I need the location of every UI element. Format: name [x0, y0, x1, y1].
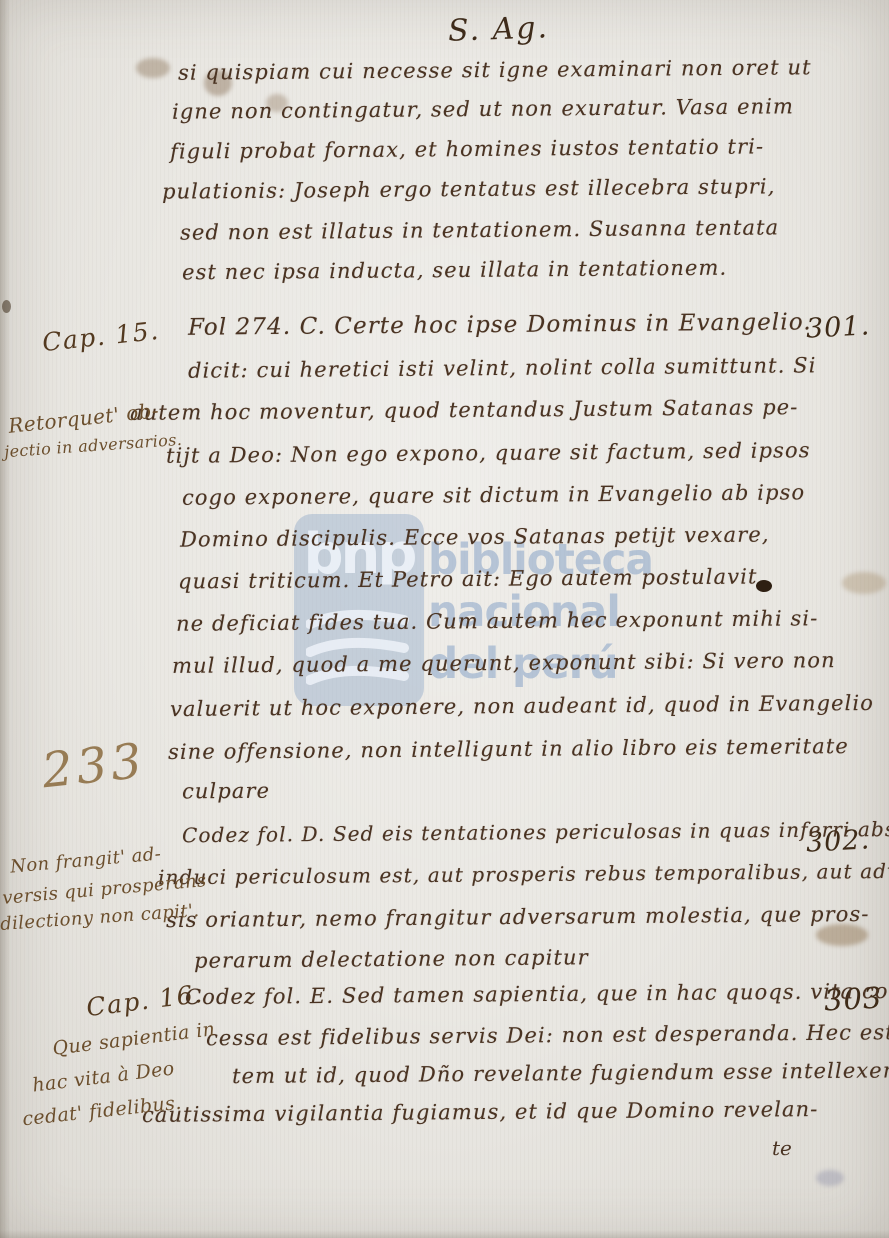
body-line: Codez fol. D. Sed eis tentationes pericu… [182, 817, 889, 847]
folio-number-233: 233 [39, 733, 148, 800]
ink-blot [2, 300, 11, 313]
body-line: Codez fol. E. Sed tamen sapientia, que i… [185, 979, 889, 1009]
catchword: te [772, 1136, 792, 1160]
body-line: si quispiam cui necesse sit igne examina… [178, 55, 812, 85]
margin-note-cap15: Cap. 15. [41, 316, 161, 357]
ink-blot [756, 580, 772, 592]
body-line: mul illud, quod a me querunt, exponunt s… [172, 648, 836, 678]
body-line: cogo exponere, quare sit dictum in Evang… [182, 480, 805, 509]
body-line: igne non contingatur, sed ut non exuratu… [172, 94, 794, 123]
body-line: Domino discipulis. Ecce vos Satanas peti… [180, 522, 770, 551]
body-line: ne deficiat fides tua. Cum autem hec exp… [176, 606, 819, 636]
ink-smudge [136, 58, 170, 78]
body-line: pulationis: Joseph ergo tentatus est ill… [162, 174, 776, 203]
body-line: induci periculosum est, aut prosperis re… [158, 859, 889, 890]
body-line: tem ut id, quod Dño revelante fugiendum … [232, 1058, 889, 1088]
body-line: perarum delectatione non capitur [194, 945, 589, 972]
manuscript-page: bnp biblioteca nacional del perú S. Ag. … [0, 0, 889, 1238]
body-line: tijt a Deo: Non ego expono, quare sit fa… [166, 438, 811, 468]
margin-note-nonfrangitur: Non frangit' ad- [9, 843, 162, 877]
margin-note-sapientia: Que sapientia in [51, 1018, 216, 1060]
body-line: sis oriantur, nemo frangitur adversarum … [166, 902, 870, 932]
ink-smudge [816, 924, 868, 946]
page-edge-shadow-left [0, 0, 10, 1238]
body-line: sine offensione, non intelligunt in alio… [168, 734, 849, 764]
body-line: autem hoc moventur, quod tentandus Justu… [130, 395, 799, 425]
ink-smudge [842, 572, 886, 594]
body-line: culpare [182, 779, 270, 804]
body-line: cautissima vigilantia fugiamus, et id qu… [142, 1097, 819, 1127]
body-line: Fol 274. C. Certe hoc ipse Dominus in Ev… [188, 309, 812, 340]
body-line: cessa est fidelibus servis Dei: non est … [206, 1020, 889, 1050]
header-siglum: S. Ag. [447, 10, 549, 49]
margin-note-sapientia2: hac vita à Deo [31, 1057, 176, 1096]
body-line: quasi triticum. Et Petro ait: Ego autem … [178, 564, 758, 593]
body-line: valuerit ut hoc exponere, non audeant id… [170, 691, 874, 721]
body-line: sed non est illatus in tentationem. Susa… [180, 215, 779, 244]
ink-smudge [816, 1170, 844, 1186]
page-edge-shadow-bottom [0, 1230, 889, 1238]
body-line: figuli probat fornax, et homines iustos … [170, 134, 764, 163]
body-line: dicit: cui heretici isti velint, nolint … [188, 353, 817, 382]
folio-number-301: 301. [805, 310, 871, 344]
body-line: est nec ipsa inducta, seu illata in tent… [182, 256, 727, 285]
